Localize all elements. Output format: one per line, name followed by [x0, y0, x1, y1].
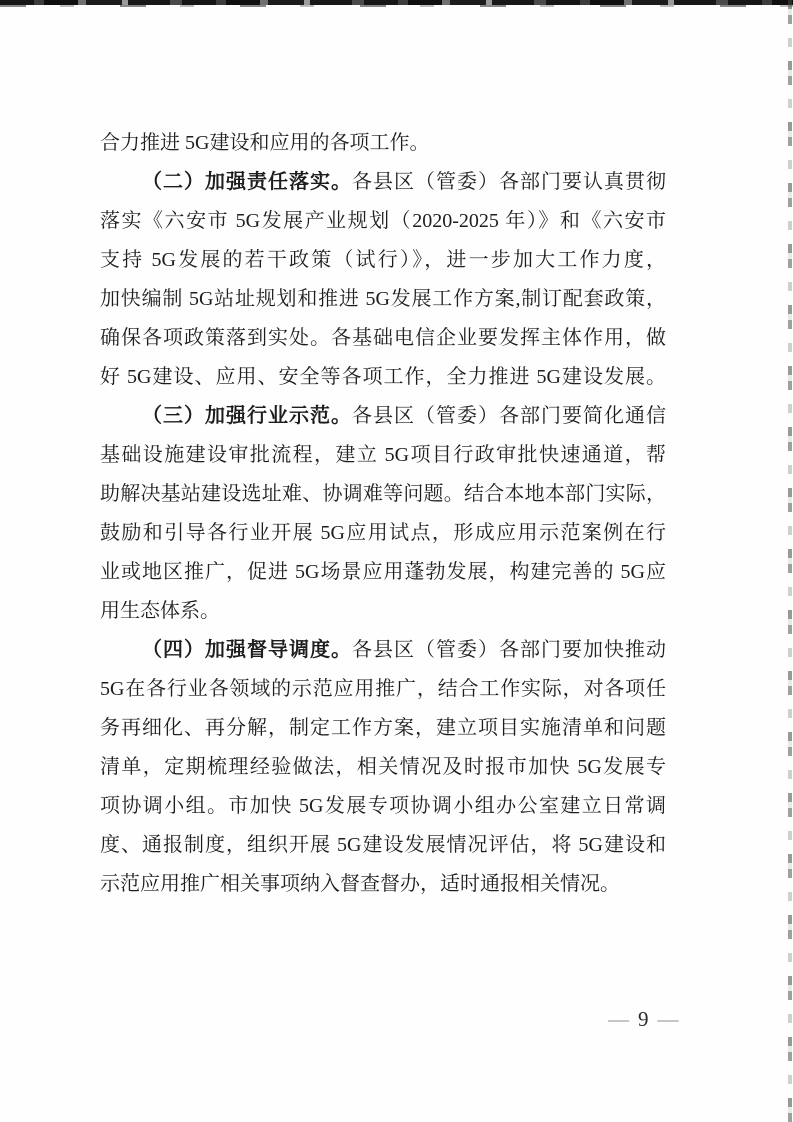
text-run: 好 5G建设、应用、安全等各项工作，全力推进 5G建设发展。 [100, 366, 666, 388]
page-number-dash-right: — [658, 1007, 679, 1031]
page-number-dash-left: — [608, 1007, 629, 1031]
text-line: 合力推进 5G建设和应用的各项工作。 [100, 124, 666, 163]
scan-top-edge-artifact [0, 0, 793, 5]
text-run: 度、通报制度，组织开展 5G建设发展情况评估，将 5G建设和 [100, 834, 666, 856]
page-number: —9— [608, 1004, 679, 1034]
text-line: （二）加强责任落实。各县区（管委）各部门要认真贯彻 [100, 163, 666, 202]
paragraph-heading: （二）加强责任落实。 [142, 171, 352, 193]
text-run: 落实《六安市 5G发展产业规划（2020-2025 年）》和《六安市 [100, 210, 666, 232]
text-line: 度、通报制度，组织开展 5G建设发展情况评估，将 5G建设和 [100, 826, 666, 865]
text-run: 鼓励和引导各行业开展 5G应用试点，形成应用示范案例在行 [100, 522, 666, 544]
text-run: 项协调小组。市加快 5G发展专项协调小组办公室建立日常调 [100, 795, 666, 817]
text-line: （四）加强督导调度。各县区（管委）各部门要加快推动 [100, 631, 666, 670]
text-run: 支持 5G发展的若干政策（试行）》，进一步加大工作力度， [100, 249, 666, 271]
text-line: （三）加强行业示范。各县区（管委）各部门要简化通信 [100, 397, 666, 436]
document-body: 合力推进 5G建设和应用的各项工作。 （二）加强责任落实。各县区（管委）各部门要… [100, 124, 666, 904]
text-line: 加快编制 5G站址规划和推进 5G发展工作方案,制订配套政策， [100, 280, 666, 319]
text-line: 业或地区推广，促进 5G场景应用蓬勃发展，构建完善的 5G应 [100, 553, 666, 592]
text-run: 加快编制 5G站址规划和推进 5G发展工作方案,制订配套政策， [100, 288, 666, 310]
text-line: 落实《六安市 5G发展产业规划（2020-2025 年）》和《六安市 [100, 202, 666, 241]
text-run: 确保各项政策落到实处。各基础电信企业要发挥主体作用，做 [100, 327, 666, 349]
text-run: 示范应用推广相关事项纳入督查督办，适时通报相关情况。 [100, 873, 620, 895]
text-run: 各县区（管委）各部门要加快推动 [352, 639, 666, 661]
paragraph-heading: （四）加强督导调度。 [142, 639, 352, 661]
page-number-value: 9 [638, 1007, 649, 1031]
text-line: 清单，定期梳理经验做法，相关情况及时报市加快 5G发展专 [100, 748, 666, 787]
text-run: 各县区（管委）各部门要认真贯彻 [352, 171, 666, 193]
text-line: 鼓励和引导各行业开展 5G应用试点，形成应用示范案例在行 [100, 514, 666, 553]
scanned-document-page: 合力推进 5G建设和应用的各项工作。 （二）加强责任落实。各县区（管委）各部门要… [0, 0, 793, 1122]
text-line: 用生态体系。 [100, 592, 666, 631]
text-line: 好 5G建设、应用、安全等各项工作，全力推进 5G建设发展。 [100, 358, 666, 397]
text-run: 助解决基站建设选址难、协调难等问题。结合本地本部门实际， [100, 483, 666, 505]
scan-right-edge-artifact [788, 0, 792, 1122]
text-line: 5G在各行业各领域的示范应用推广，结合工作实际，对各项任 [100, 670, 666, 709]
text-run: 合力推进 5G建设和应用的各项工作。 [100, 132, 429, 154]
text-line: 支持 5G发展的若干政策（试行）》，进一步加大工作力度， [100, 241, 666, 280]
text-run: 业或地区推广，促进 5G场景应用蓬勃发展，构建完善的 5G应 [100, 561, 666, 583]
text-line: 示范应用推广相关事项纳入督查督办，适时通报相关情况。 [100, 865, 666, 904]
text-run: 清单，定期梳理经验做法，相关情况及时报市加快 5G发展专 [100, 756, 666, 778]
text-run: 务再细化、再分解，制定工作方案，建立项目实施清单和问题 [100, 717, 666, 739]
text-line: 务再细化、再分解，制定工作方案，建立项目实施清单和问题 [100, 709, 666, 748]
text-run: 基础设施建设审批流程，建立 5G项目行政审批快速通道，帮 [100, 444, 666, 466]
paragraph-heading: （三）加强行业示范。 [142, 405, 352, 427]
text-run: 5G在各行业各领域的示范应用推广，结合工作实际，对各项任 [100, 678, 666, 700]
text-line: 确保各项政策落到实处。各基础电信企业要发挥主体作用，做 [100, 319, 666, 358]
text-line: 项协调小组。市加快 5G发展专项协调小组办公室建立日常调 [100, 787, 666, 826]
text-line: 助解决基站建设选址难、协调难等问题。结合本地本部门实际， [100, 475, 666, 514]
text-run: 用生态体系。 [100, 600, 220, 622]
text-run: 各县区（管委）各部门要简化通信 [352, 405, 666, 427]
text-line: 基础设施建设审批流程，建立 5G项目行政审批快速通道，帮 [100, 436, 666, 475]
